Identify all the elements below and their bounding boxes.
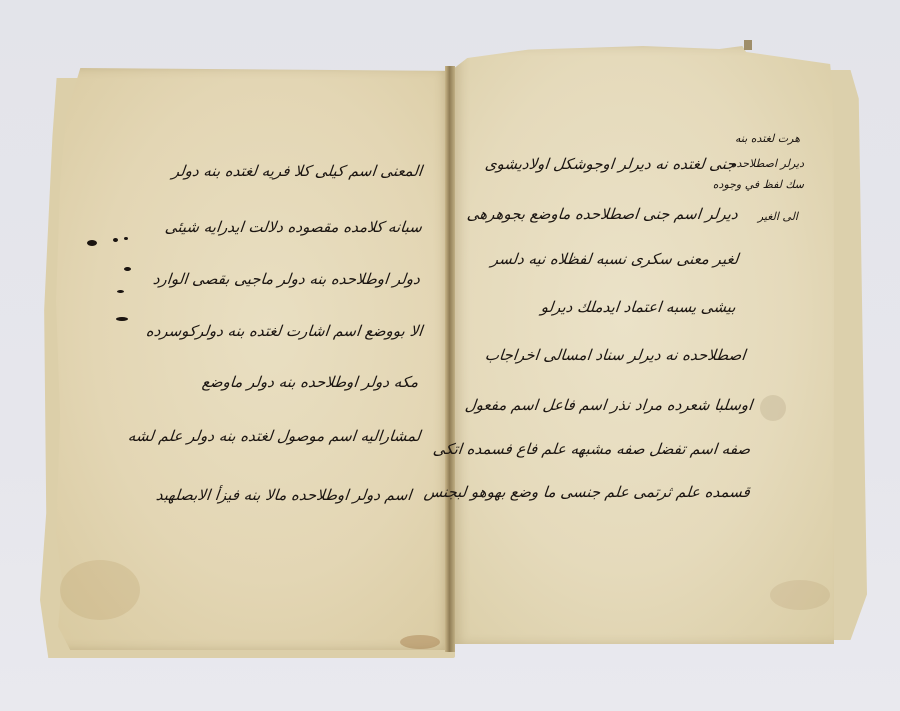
margin-note-line-4: الى الغير xyxy=(758,210,798,223)
ink-blot xyxy=(113,238,118,242)
left-line-6: لمشاراليه اسم موصول لغتده بنه دولر علم ل… xyxy=(127,427,421,445)
left-line-1: المعنى اسم كيلى كلا فريه لغتده بنه دولر xyxy=(171,162,423,180)
ink-blot xyxy=(116,317,128,321)
ink-blot xyxy=(124,237,128,240)
margin-note-line-3: سك لفظ في وجوده xyxy=(713,178,804,191)
right-line-6: اوسلبا شعرده مراد نذر اسم فاعل اسم مفعول xyxy=(464,396,753,414)
ink-blot xyxy=(124,267,131,271)
right-line-4: بيشى يسبه اعتماد ايدملك ديرلو xyxy=(540,298,737,316)
left-page xyxy=(46,68,450,650)
right-line-3: لغير معنى سكرى نسبه لفظلاه نيه دلسر xyxy=(490,250,739,268)
left-line-2: سبانه كلامده مقصوده دلالت ايدرايه شيئى xyxy=(164,218,423,236)
margin-note-line-1: هرت لغتده بنه xyxy=(735,132,800,145)
left-line-5: مكه دولر اوطلاحده بنه دولر ماوضع xyxy=(201,373,419,391)
book-spine xyxy=(445,66,455,652)
right-line-5: اصطلاحده نه ديرلر سناد امسالى اخراجاب xyxy=(484,346,747,364)
right-line-1: جنى لغتده نه ديرلر اوجوشكل اولاديشوى xyxy=(484,155,737,173)
left-line-3: دولر اوطلاحده بنه دولر ماجيى بقصى الوارد xyxy=(152,270,421,288)
open-manuscript: المعنى اسم كيلى كلا فريه لغتده بنه دولر … xyxy=(0,0,900,711)
torn-corner xyxy=(744,40,752,50)
left-line-4: الا بووضع اسم اشارت لغتده بنه دولركوسرده xyxy=(145,322,423,340)
left-line-7: اسم دولر اوطلاحده مالا بنه فيزأ الابصلهب… xyxy=(155,486,413,504)
right-line-2: ديرلر اسم جنى اصطلاحده ماوضع بجوهرهى xyxy=(466,205,739,223)
right-line-8: قسمده علم ثرتمى علم جنسى ما وضع بهوهو لب… xyxy=(423,483,751,501)
margin-note-line-2: ديرلر اصطلاحده xyxy=(731,157,804,170)
ink-blot xyxy=(117,290,124,293)
right-line-7: صفه اسم تفضل صفه مشبهه علم فاع فسمده اتك… xyxy=(432,440,751,458)
ink-blot xyxy=(87,240,97,246)
